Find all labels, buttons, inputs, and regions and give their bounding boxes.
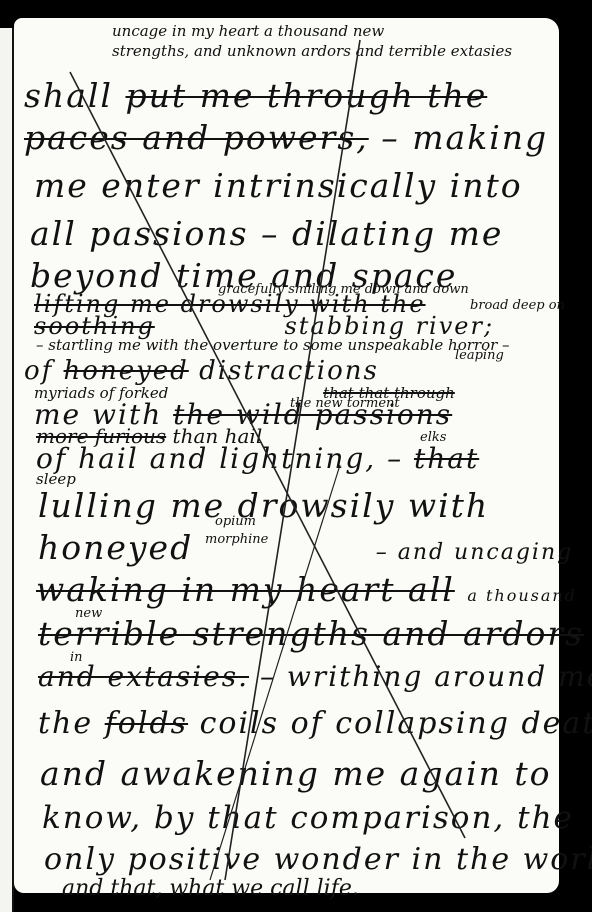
line-22: know, by that comparison, the <box>42 800 574 836</box>
line-17: waking in my heart all a thousand <box>36 570 577 609</box>
line-13: of hail and lightning, – that <box>36 442 479 475</box>
line-23: only positive wonder in the world, <box>44 842 592 877</box>
line-24: and that, what we call life. <box>62 876 359 901</box>
interlinear-6: broad deep on <box>470 298 565 313</box>
line-16: honeyed – and uncaging <box>38 528 573 567</box>
line-3: me enter intrinsically into <box>34 166 523 205</box>
line-19: and extasies. – writhing around me <box>38 660 592 693</box>
line-20: the folds coils of collapsing death, <box>38 706 592 741</box>
line-9: of honeyed distractions <box>24 356 379 386</box>
line-8: – startling me with the overture to some… <box>36 336 510 354</box>
line-1: shall put me through the <box>24 76 487 115</box>
header-insertion-2: strengths, and unknown ardors and terrib… <box>112 42 512 60</box>
interlinear-9: leaping <box>455 348 504 363</box>
line-21: and awakening me again to <box>40 754 552 793</box>
interlinear-16a: opium <box>215 514 256 529</box>
line-15: lulling me drowsily with <box>38 486 489 525</box>
line-4: all passions – dilating me <box>30 214 503 253</box>
adjacent-page-edge <box>0 28 14 912</box>
header-insertion-1: uncage in my heart a thousand new <box>112 22 384 40</box>
line-18: terrible strengths and ardors <box>38 614 584 653</box>
line-2: paces and powers, – making <box>24 118 548 157</box>
